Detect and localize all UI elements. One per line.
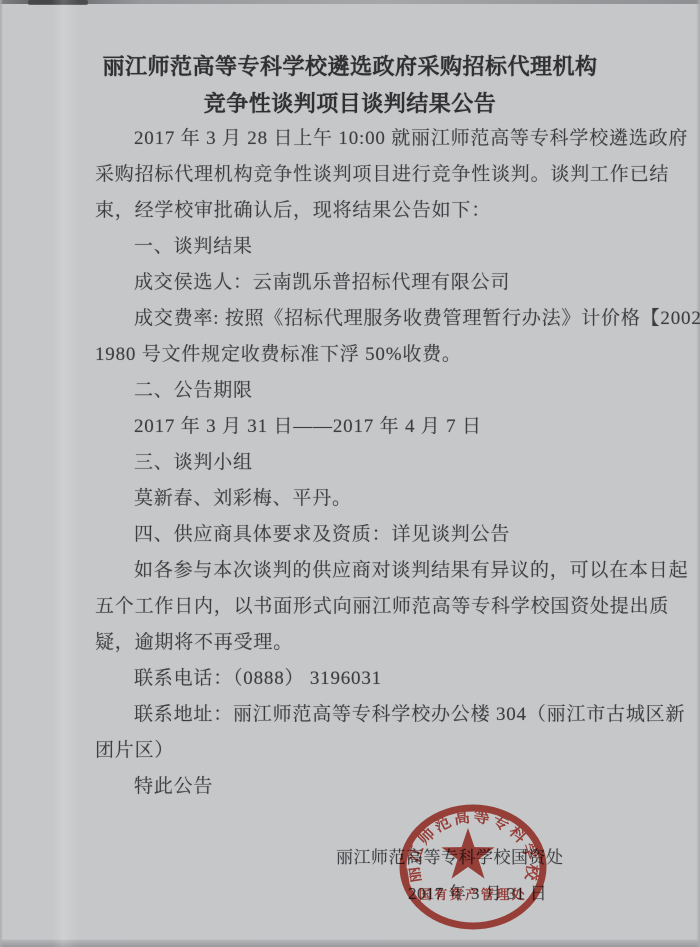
document-line: 成交费率: 按照《招标代理服务收费管理暂行办法》计价格【2002】 bbox=[95, 301, 615, 337]
document-title-line2: 竞争性谈判项目谈判结果公告 bbox=[40, 85, 660, 122]
document-line: 2017 年 3 月 31 日——2017 年 4 月 7 日 bbox=[95, 409, 615, 445]
document-line: 采购招标代理机构竞争性谈判项目进行竞争性谈判。谈判工作已结 bbox=[95, 157, 615, 193]
document-title: 丽江师范高等专科学校遴选政府采购招标代理机构 竞争性谈判项目谈判结果公告 bbox=[40, 48, 660, 122]
scan-edge-left bbox=[0, 0, 3, 947]
official-seal: 丽江师范高等专科学校 国有资产管理处 bbox=[394, 799, 554, 939]
document-line: 莫新春、刘彩梅、平丹。 bbox=[95, 481, 615, 517]
scan-edge-bottom bbox=[0, 939, 700, 947]
document-line: 疑，逾期将不再受理。 bbox=[95, 625, 615, 661]
document-title-line1: 丽江师范高等专科学校遴选政府采购招标代理机构 bbox=[40, 48, 660, 85]
document-line: 束，经学校审批确认后，现将结果公告如下： bbox=[95, 193, 615, 229]
scan-light-band bbox=[52, 0, 80, 947]
scanned-document-page: 丽江师范高等专科学校遴选政府采购招标代理机构 竞争性谈判项目谈判结果公告 201… bbox=[0, 0, 700, 947]
document-line: 成交侯选人：云南凯乐普招标代理有限公司 bbox=[95, 265, 615, 301]
seal-inner-text: 国有资产管理处 bbox=[419, 887, 528, 902]
document-line: 联系电话：（0888） 3196031 bbox=[95, 661, 615, 697]
document-line: 如各参与本次谈判的供应商对谈判结果有异议的，可以在本日起 bbox=[95, 553, 615, 589]
scan-edge-top bbox=[0, 0, 700, 4]
document-line: 1980 号文件规定收费标准下浮 50%收费。 bbox=[95, 337, 615, 373]
document-line: 2017 年 3 月 28 日上午 10:00 就丽江师范高等专科学校遴选政府 bbox=[95, 121, 615, 157]
seal-star-icon bbox=[441, 828, 494, 879]
document-line: 四、供应商具体要求及资质：详见谈判公告 bbox=[95, 517, 615, 553]
document-line: 联系地址：丽江师范高等专科学校办公楼 304（丽江市古城区新 bbox=[95, 697, 615, 733]
scan-edge-right bbox=[696, 0, 700, 947]
document-line: 三、谈判小组 bbox=[95, 445, 615, 481]
document-line: 一、谈判结果 bbox=[95, 229, 615, 265]
document-line: 五个工作日内，以书面形式向丽江师范高等专科学校国资处提出质 bbox=[95, 589, 615, 625]
document-body: 2017 年 3 月 28 日上午 10:00 就丽江师范高等专科学校遴选政府采… bbox=[95, 121, 615, 805]
document-line: 团片区） bbox=[95, 733, 615, 769]
document-line: 二、公告期限 bbox=[95, 373, 615, 409]
